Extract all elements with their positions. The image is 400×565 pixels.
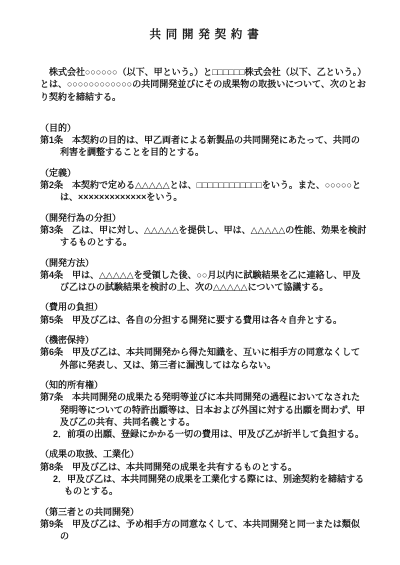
section-heading: （成果の取扱、工業化） bbox=[40, 448, 368, 460]
article-clause: 第2条 本契約で定める△△△△△とは、□□□□□□□□□□□□をいう。また、○○… bbox=[40, 179, 368, 204]
contract-section: （費用の負担）第5条 甲及び乙は、各自の分担する開発に要する費用は各々自弁とする… bbox=[40, 301, 368, 326]
section-heading: （費用の負担） bbox=[40, 301, 368, 313]
section-heading: （知的所有権） bbox=[40, 379, 368, 391]
article-clause: 第5条 甲及び乙は、各自の分担する開発に要する費用は各々自弁とする。 bbox=[40, 314, 368, 326]
section-heading: （定義） bbox=[40, 167, 368, 179]
sections-container: （目的）第1条 本契約の目的は、甲乙両者による新製品の共同開発にあたって、共同の… bbox=[40, 122, 368, 543]
sub-clause: 2．前項の出願、登録にかかる一切の費用は、甲及び乙が折半して負担する。 bbox=[40, 428, 368, 440]
contract-section: （成果の取扱、工業化）第8条 甲及び乙は、本共同開発の成果を共有するものとする。… bbox=[40, 448, 368, 497]
preamble-paragraph: 株式会社○○○○○○（以下、甲という。）と□□□□□□株式会社（以下、乙という。… bbox=[40, 66, 368, 103]
article-clause: 第3条 乙は、甲に対し、△△△△△を提供し、甲は、△△△△△の性能、効果を検討す… bbox=[40, 224, 368, 249]
contract-section: （目的）第1条 本契約の目的は、甲乙両者による新製品の共同開発にあたって、共同の… bbox=[40, 122, 368, 159]
contract-section: （開発方法）第4条 甲は、△△△△△を受領した後、○○月以内に試験結果を乙に連絡… bbox=[40, 257, 368, 294]
document-page: 共同開発契約書 株式会社○○○○○○（以下、甲という。）と□□□□□□株式会社（… bbox=[0, 0, 400, 565]
contract-section: （開発行為の分担）第3条 乙は、甲に対し、△△△△△を提供し、甲は、△△△△△の… bbox=[40, 212, 368, 249]
contract-section: （知的所有権）第7条 本共同開発の成果たる発明等並びに本共同開発の過程においてな… bbox=[40, 379, 368, 440]
section-heading: （機密保持） bbox=[40, 334, 368, 346]
contract-section: （第三者との共同開発）第9条 甲及び乙は、予め相手方の同意なくして、本共同開発と… bbox=[40, 506, 368, 543]
section-heading: （第三者との共同開発） bbox=[40, 506, 368, 518]
sub-clause: 2．甲及び乙は、本共同開発の成果を工業化する際には、別途契約を締結するものとする… bbox=[40, 473, 368, 498]
document-title: 共同開発契約書 bbox=[40, 28, 368, 42]
article-clause: 第9条 甲及び乙は、予め相手方の同意なくして、本共同開発と同一または類似の bbox=[40, 518, 368, 543]
article-clause: 第8条 甲及び乙は、本共同開発の成果を共有するものとする。 bbox=[40, 461, 368, 473]
article-clause: 第1条 本契約の目的は、甲乙両者による新製品の共同開発にあたって、共同の利害を調… bbox=[40, 134, 368, 159]
section-heading: （開発方法） bbox=[40, 257, 368, 269]
article-clause: 第7条 本共同開発の成果たる発明等並びに本共同開発の過程においてなされた発明等に… bbox=[40, 391, 368, 428]
contract-section: （定義）第2条 本契約で定める△△△△△とは、□□□□□□□□□□□□をいう。ま… bbox=[40, 167, 368, 204]
contract-section: （機密保持）第6条 甲及び乙は、本共同開発から得た知識を、互いに相手方の同意なく… bbox=[40, 334, 368, 371]
section-heading: （開発行為の分担） bbox=[40, 212, 368, 224]
section-heading: （目的） bbox=[40, 122, 368, 134]
article-clause: 第4条 甲は、△△△△△を受領した後、○○月以内に試験結果を乙に連絡し、甲及び乙… bbox=[40, 269, 368, 294]
article-clause: 第6条 甲及び乙は、本共同開発から得た知識を、互いに相手方の同意なくして外部に発… bbox=[40, 346, 368, 371]
